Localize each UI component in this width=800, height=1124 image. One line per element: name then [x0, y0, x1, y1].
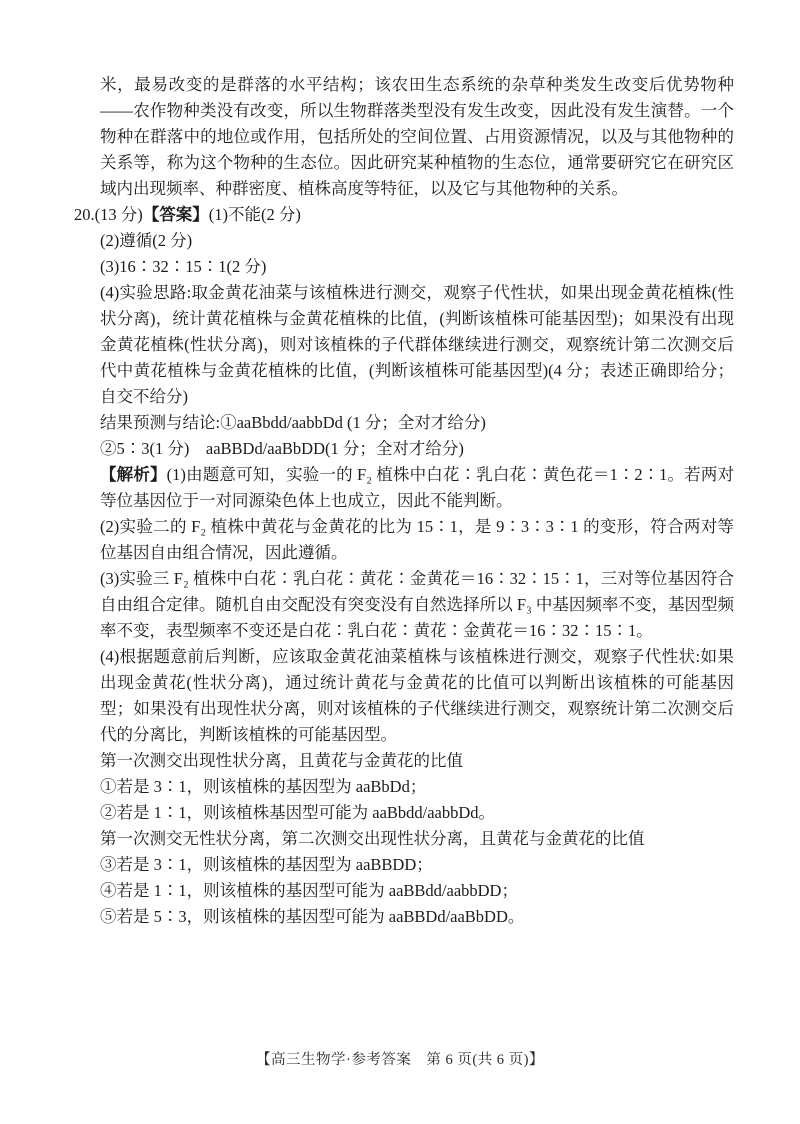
- analysis-paragraph-1: 【解析】(1)由题意可知，实验一的 F₂ 植株中白花∶乳白花∶黄色花＝1∶2∶1…: [100, 462, 734, 514]
- analysis-paragraph-3: (3)实验三 F₂ 植株中白花∶乳白花∶黄花∶金黄花＝16∶32∶15∶1，三对…: [100, 566, 734, 644]
- analysis-paragraph-2: (2)实验二的 F₂ 植株中黄花与金黄花的比为 15∶1，是 9∶3∶3∶1 的…: [100, 514, 734, 566]
- analysis-case-2: ②若是 1∶1，则该植株基因型可能为 aaBbdd/aabbDd。: [100, 800, 734, 826]
- analysis-case-5: ⑤若是 5∶3，则该植株的基因型可能为 aaBBDd/aaBbDD。: [100, 904, 734, 930]
- question-number: 20.: [74, 205, 95, 224]
- answer-part-1: (1)不能(2 分): [209, 205, 301, 224]
- analysis-case-1: ①若是 3∶1，则该植株的基因型为 aaBbDd；: [100, 774, 734, 800]
- paragraph-previous-answer-tail: 米，最易改变的是群落的水平结构；该农田生态系统的杂草种类发生改变后优势物种——农…: [100, 72, 734, 202]
- page-footer: 【高三生物学·参考答案 第 6 页(共 6 页)】: [0, 1048, 800, 1069]
- question-score: (13 分): [95, 205, 143, 224]
- answer-label: 【答案】: [143, 205, 209, 224]
- answer-part-2: (2)遵循(2 分): [100, 228, 734, 254]
- analysis-first-cross-heading: 第一次测交出现性状分离，且黄花与金黄花的比值: [100, 748, 734, 774]
- footer-page-label: 【高三生物学·参考答案 第 6 页(共 6 页)】: [256, 1052, 544, 1068]
- analysis-case-4: ④若是 1∶1，则该植株的基因型可能为 aaBBdd/aabbDD；: [100, 878, 734, 904]
- answer-part-3: (3)16∶32∶15∶1(2 分): [100, 254, 734, 280]
- analysis-case-3: ③若是 3∶1，则该植株的基因型为 aaBBDD；: [100, 852, 734, 878]
- analysis-second-cross-heading: 第一次测交无性状分离，第二次测交出现性状分离，且黄花与金黄花的比值: [100, 826, 734, 852]
- exam-answer-page: 米，最易改变的是群落的水平结构；该农田生态系统的杂草种类发生改变后优势物种——农…: [0, 0, 800, 1124]
- question-20-answer-header-line: 20.(13 分)【答案】(1)不能(2 分): [100, 202, 734, 228]
- analysis-label: 【解析】: [100, 465, 167, 484]
- answer-result-prediction-2: ②5∶3(1 分) aaBBDd/aaBbDD(1 分；全对才给分): [100, 436, 734, 462]
- answer-content: 米，最易改变的是群落的水平结构；该农田生态系统的杂草种类发生改变后优势物种——农…: [100, 72, 734, 930]
- answer-part-4-experiment-plan: (4)实验思路:取金黄花油菜与该植株进行测交，观察子代性状，如果出现金黄花植株(…: [100, 280, 734, 410]
- analysis-part-1: (1)由题意可知，实验一的 F₂ 植株中白花∶乳白花∶黄色花＝1∶2∶1。若两对…: [100, 465, 734, 510]
- analysis-paragraph-4: (4)根据题意前后判断，应该取金黄花油菜植株与该植株进行测交，观察子代性状:如果…: [100, 644, 734, 748]
- answer-result-prediction-1: 结果预测与结论:①aaBbdd/aabbDd (1 分；全对才给分): [100, 410, 734, 436]
